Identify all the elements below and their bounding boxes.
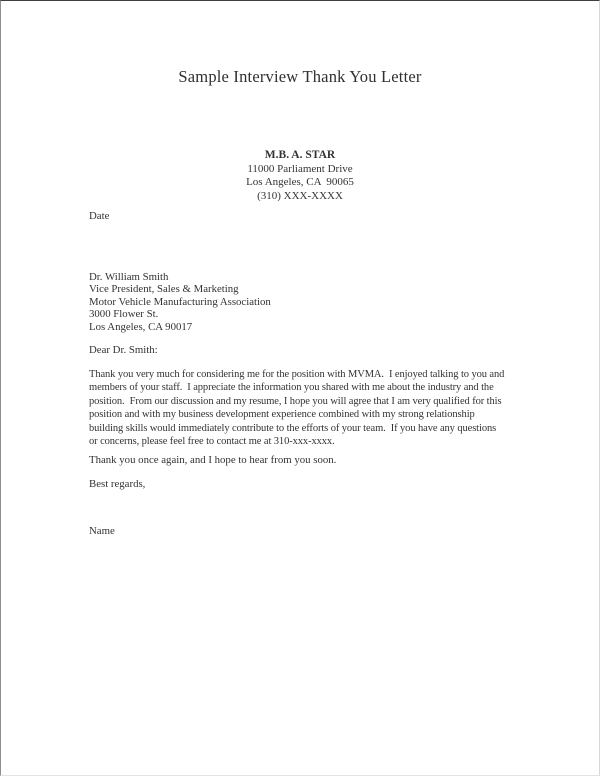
recipient-street: 3000 Flower St. <box>89 308 271 320</box>
sender-name: M.B. A. STAR <box>1 149 599 163</box>
salutation: Dear Dr. Smith: <box>89 344 158 356</box>
recipient-organization: Motor Vehicle Manufacturing Association <box>89 296 271 308</box>
sender-block: M.B. A. STAR 11000 Parliament Drive Los … <box>1 149 599 203</box>
body-line: building skills would immediately contri… <box>89 422 549 435</box>
body-line: Thank you very much for considering me f… <box>89 368 549 381</box>
sender-address-line1: 11000 Parliament Drive <box>1 163 599 177</box>
recipient-name: Dr. William Smith <box>89 271 271 283</box>
letter-page: Sample Interview Thank You Letter M.B. A… <box>0 0 600 776</box>
sender-phone: (310) XXX-XXXX <box>1 190 599 204</box>
signoff: Best regards, <box>89 478 145 490</box>
recipient-block: Dr. William Smith Vice President, Sales … <box>89 271 271 333</box>
document-title: Sample Interview Thank You Letter <box>1 67 599 87</box>
date-placeholder: Date <box>89 210 109 222</box>
closing-line: Thank you once again, and I hope to hear… <box>89 454 336 466</box>
body-line: or concerns, please feel free to contact… <box>89 435 549 448</box>
body-paragraph: Thank you very much for considering me f… <box>89 368 549 448</box>
recipient-job-title: Vice President, Sales & Marketing <box>89 283 271 295</box>
body-line: members of your staff. I appreciate the … <box>89 381 549 394</box>
sender-address-line2: Los Angeles, CA 90065 <box>1 176 599 190</box>
body-line: position and with my business developmen… <box>89 408 549 421</box>
body-line: position. From our discussion and my res… <box>89 395 549 408</box>
recipient-city-state-zip: Los Angeles, CA 90017 <box>89 321 271 333</box>
signature-name-placeholder: Name <box>89 525 115 537</box>
